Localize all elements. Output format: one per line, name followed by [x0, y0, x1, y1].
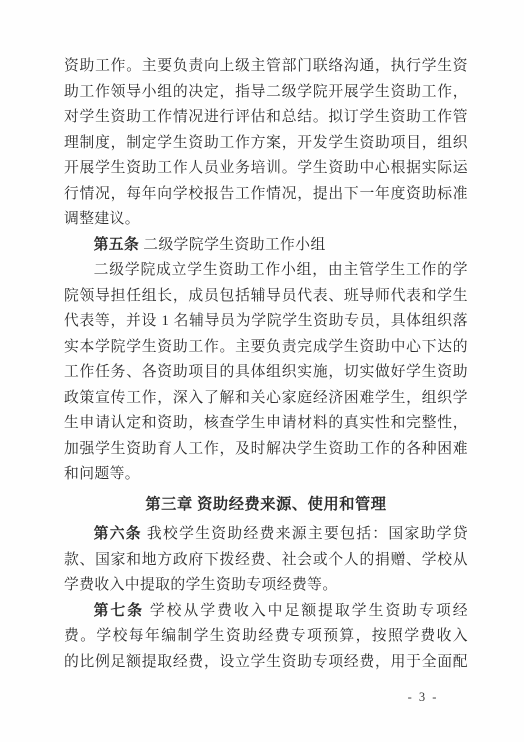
text-line: 代表等，并设 1 名辅导员为学院学生资助专员，具体组织落: [64, 309, 468, 335]
text-line: 第七条 学校从学费收入中足额提取学生资助专项经: [64, 599, 468, 625]
text-line: 理制度，制定学生资助工作方案，开发学生资助项目，组织: [64, 131, 468, 157]
document-body: 资助工作。主要负责向上级主管部门联络沟通，执行学生资助工作领导小组的决定，指导二…: [64, 54, 468, 675]
text-line: 费。学校每年编制学生资助经费专项预算，按照学费收入 5%: [64, 624, 468, 650]
text-line: 行情况，每年向学校报告工作情况，提出下一年度资助标准: [64, 182, 468, 208]
text-line: 资助工作。主要负责向上级主管部门联络沟通，执行学生资: [64, 54, 468, 80]
text-line: 和问题等。: [64, 462, 468, 488]
text-line: 助工作领导小组的决定，指导二级学院开展学生资助工作，: [64, 80, 468, 106]
text-line: 第五条 二级学院学生资助工作小组: [64, 233, 468, 259]
text-line: 对学生资助工作情况进行评估和总结。拟订学生资助工作管: [64, 105, 468, 131]
chapter-heading: 第三章 资助经费来源、使用和管理: [64, 492, 468, 518]
text-line: 二级学院成立学生资助工作小组，由主管学生工作的学: [64, 258, 468, 284]
document-page: 资助工作。主要负责向上级主管部门联络沟通，执行学生资助工作领导小组的决定，指导二…: [0, 0, 524, 742]
text-line: 工作任务、各资助项目的具体组织实施，切实做好学生资助: [64, 360, 468, 386]
text-line: 第六条 我校学生资助经费来源主要包括：国家助学贷: [64, 522, 468, 548]
page-number: - 3 -: [394, 690, 452, 705]
text-line: 加强学生资助育人工作，及时解决学生资助工作的各种困难: [64, 437, 468, 463]
text-line: 调整建议。: [64, 207, 468, 233]
text-line: 的比例足额提取经费，设立学生资助专项经费，用于全面配: [64, 650, 468, 676]
text-line: 院领导担任组长，成员包括辅导员代表、班导师代表和学生: [64, 284, 468, 310]
document-lines: 资助工作。主要负责向上级主管部门联络沟通，执行学生资助工作领导小组的决定，指导二…: [64, 54, 468, 675]
text-line: 款、国家和地方政府下拨经费、社会或个人的捐赠、学校从: [64, 548, 468, 574]
text-line: 开展学生资助工作人员业务培训。学生资助中心根据实际运: [64, 156, 468, 182]
article-number: 第五条: [94, 237, 140, 253]
text-line: 实本学院学生资助工作。主要负责完成学生资助中心下达的: [64, 335, 468, 361]
text-line: 生申请认定和资助，核查学生申请材料的真实性和完整性，: [64, 411, 468, 437]
text-line: 学费收入中提取的学生资助专项经费等。: [64, 573, 468, 599]
article-number: 第六条: [94, 526, 142, 542]
article-number: 第七条: [94, 603, 145, 619]
text-line: 政策宣传工作，深入了解和关心家庭经济困难学生，组织学: [64, 386, 468, 412]
